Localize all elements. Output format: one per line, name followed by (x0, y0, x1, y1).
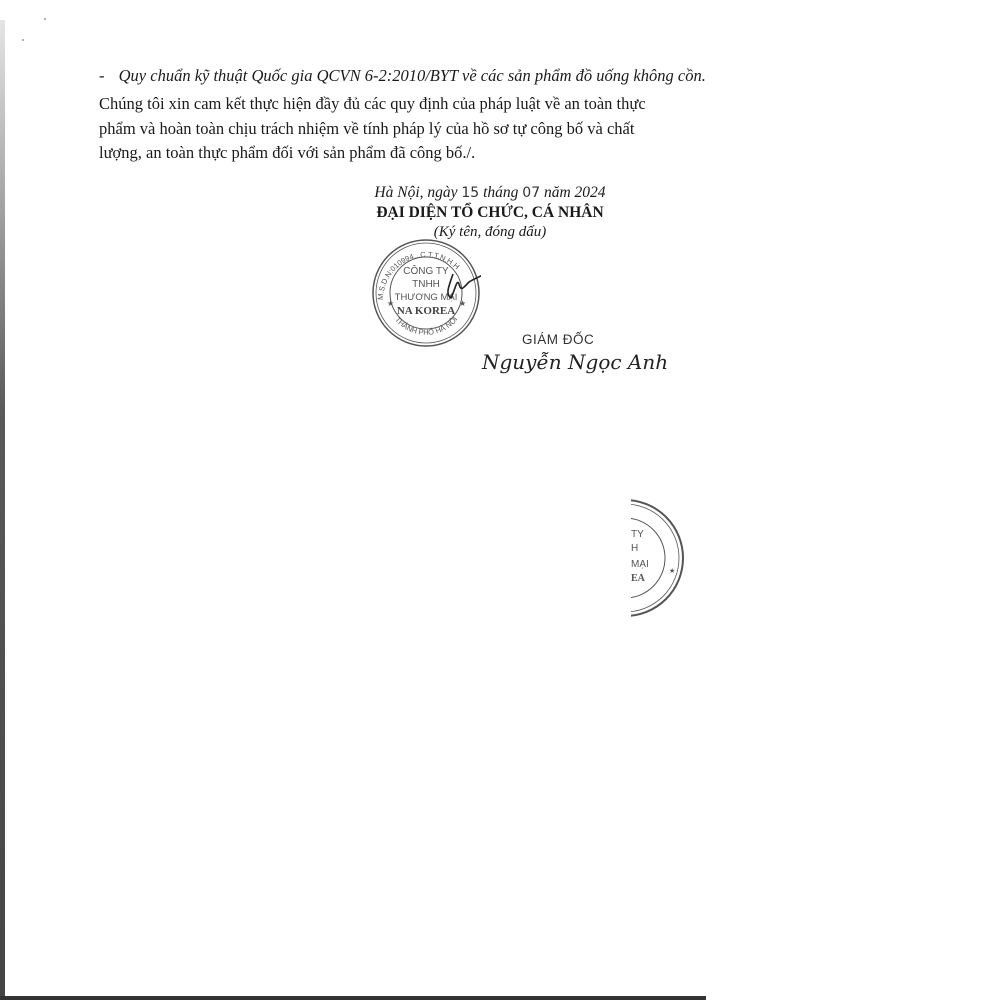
signature-date: Hà Nội, ngày 15 tháng 07 năm 2024 (360, 184, 620, 202)
scan-edge-left (0, 20, 5, 1000)
commitment-paragraph: Chúng tôi xin cam kết thực hiện đầy đủ c… (99, 92, 669, 166)
svg-text:★: ★ (387, 299, 394, 308)
stamp-line1: CÔNG TY (403, 264, 449, 277)
company-stamp: M.S.D.N:010994...C.T.T.N.H.H THÀNH PHỐ H… (371, 238, 481, 348)
partial-stamp-line3: MẠI (631, 559, 649, 570)
signature-block: Hà Nội, ngày 15 tháng 07 năm 2024 ĐẠI DI… (360, 184, 620, 241)
stamp-ring-bottom: THÀNH PHỐ HÀ NỘI (393, 315, 459, 337)
scan-edge-bottom (0, 996, 706, 1000)
bullet-dash: - (99, 66, 105, 85)
scan-speck (44, 18, 46, 20)
partial-stamp-line4: EA (631, 573, 646, 584)
month-label: tháng (479, 184, 522, 201)
date-day: 15 (461, 185, 479, 201)
signer-name: Nguyễn Ngọc Anh (482, 350, 668, 374)
svg-text:THÀNH PHỐ HÀ NỘI: THÀNH PHỐ HÀ NỘI (393, 315, 459, 337)
partial-stamp-line1: TY (631, 529, 644, 540)
regulation-bullet: - Quy chuẩn kỹ thuật Quốc gia QCVN 6-2:2… (99, 66, 706, 86)
stamp-line2: TNHH (412, 279, 440, 290)
date-month: 07 (522, 185, 540, 201)
stamp-line4: NA KOREA (397, 305, 455, 317)
partial-stamp: TY H MẠI EA ★ (573, 495, 685, 621)
partial-stamp-line2: H (631, 543, 638, 554)
organization-heading: ĐẠI DIỆN TỔ CHỨC, CÁ NHÂN (360, 204, 620, 222)
scan-speck (22, 39, 24, 41)
date-prefix: Hà Nội, ngày (374, 184, 461, 201)
signer-role: GIÁM ĐỐC (522, 332, 594, 347)
year-label: năm 2024 (540, 184, 605, 201)
svg-text:★: ★ (669, 567, 675, 575)
bullet-text: Quy chuẩn kỹ thuật Quốc gia QCVN 6-2:201… (119, 66, 706, 85)
svg-text:★: ★ (459, 299, 466, 308)
